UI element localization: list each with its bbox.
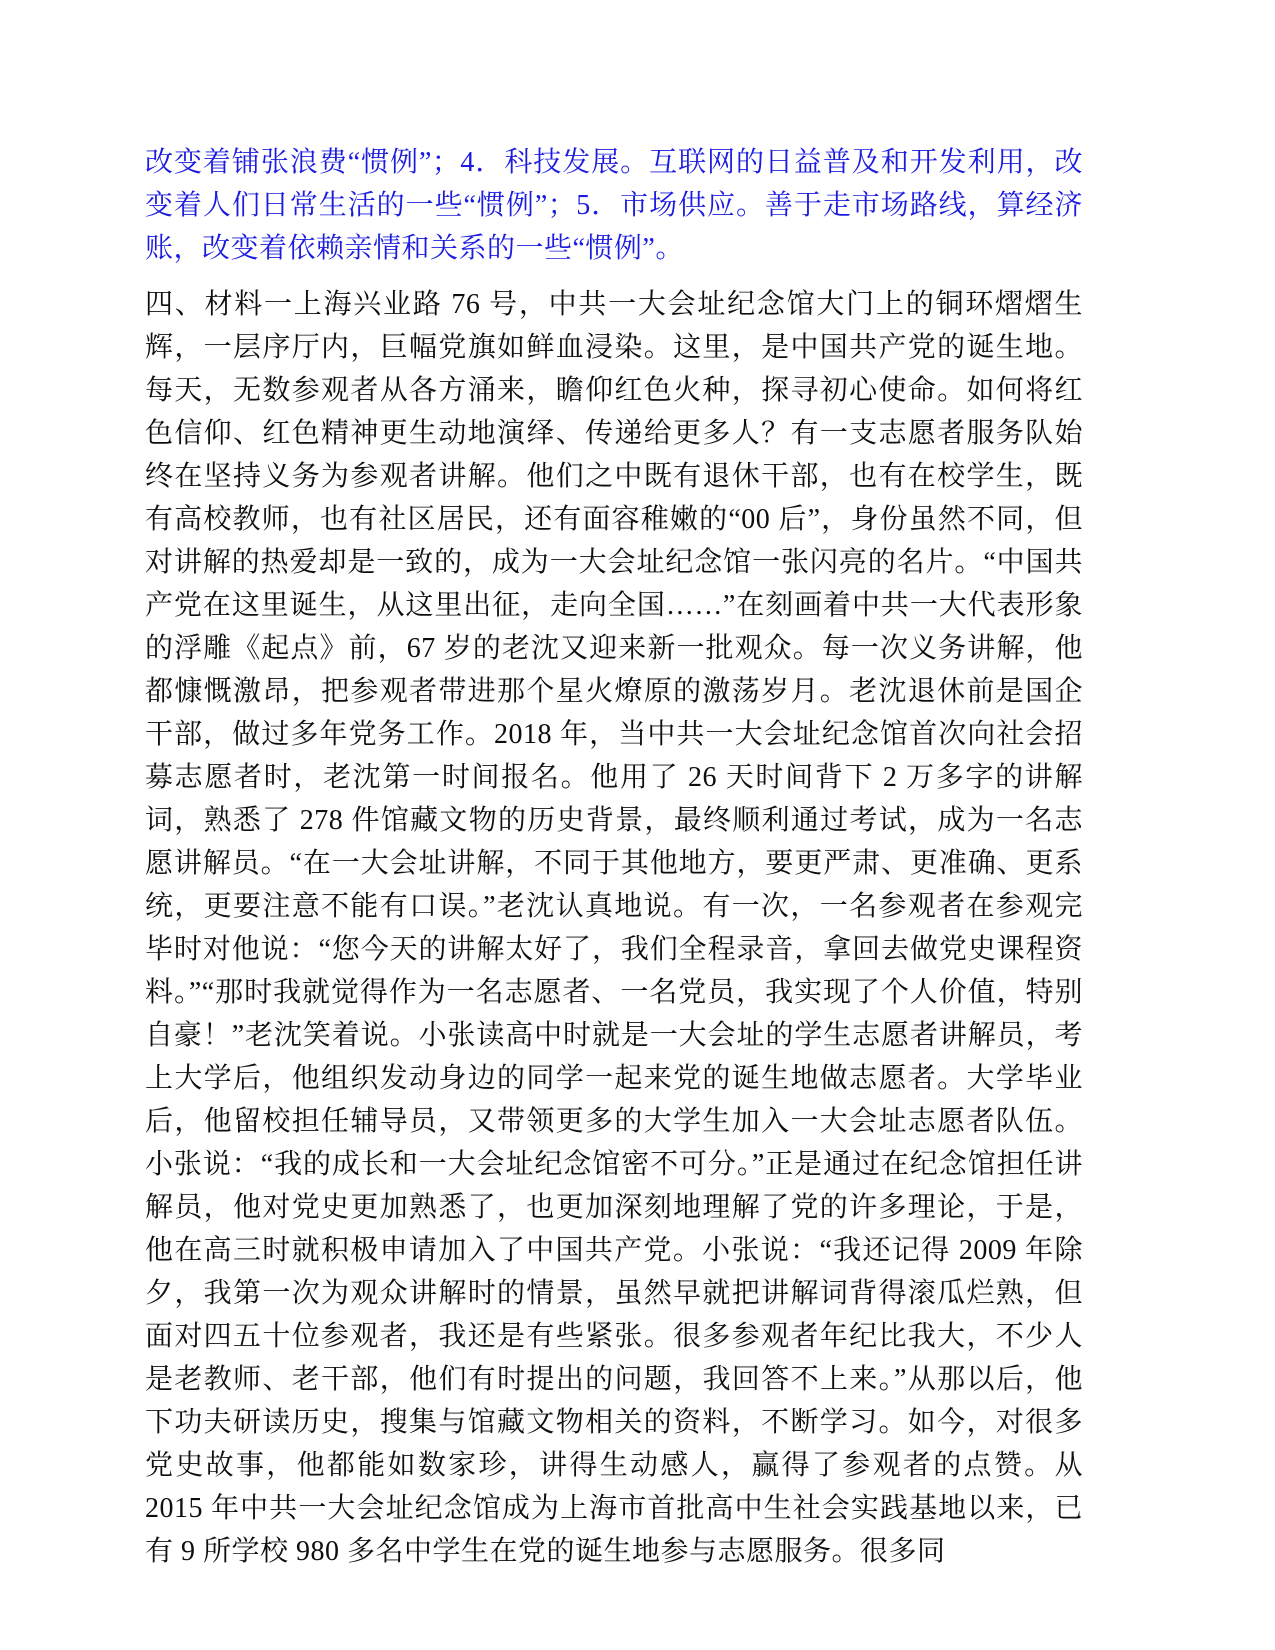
material-four-paragraph: 四、材料一上海兴业路 76 号，中共一大会址纪念馆大门上的铜环熠熠生辉，一层序厅… [145, 283, 1083, 1573]
document-page: 改变着铺张浪费“惯例”；4．科技发展。互联网的日益普及和开发利用，改变着人们日常… [0, 0, 1275, 1650]
answer-continuation-paragraph: 改变着铺张浪费“惯例”；4．科技发展。互联网的日益普及和开发利用，改变着人们日常… [145, 141, 1083, 270]
